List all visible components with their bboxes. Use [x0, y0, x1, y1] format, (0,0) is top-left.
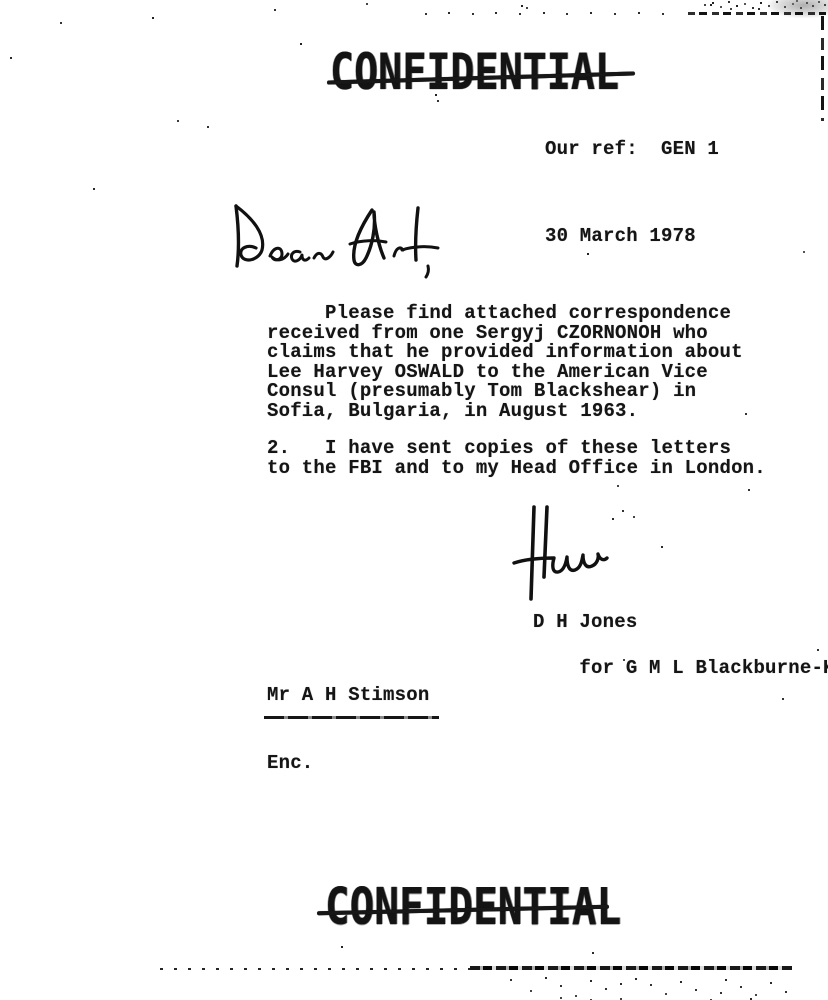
- reference-line: Our ref: GEN 1: [545, 140, 719, 160]
- scan-speckles: [0, 0, 2, 2]
- scan-speckles-bottom: [500, 975, 502, 977]
- scan-noise-top-right: [700, 0, 702, 2]
- date-line: 30 March 1978: [545, 227, 696, 247]
- enclosure-note: Enc.: [267, 754, 313, 774]
- signature-block: D H Jones for G M L Blackburne-Kan: [533, 611, 828, 680]
- signed-for-name: for G M L Blackburne-Kan: [579, 657, 828, 679]
- scan-dash-line-top: [688, 12, 826, 15]
- body-paragraph-2: 2. I have sent copies of these letters t…: [267, 439, 766, 478]
- signed-by-name: D H Jones: [533, 611, 637, 633]
- addressee-name: Mr A H Stimson: [267, 686, 429, 706]
- body-paragraph-1: Please find attached correspondence rece…: [267, 304, 743, 421]
- scan-noise-band-bottom-left: [160, 968, 472, 970]
- addressee-underline: [264, 716, 439, 719]
- scan-smudge-top-right: [768, 0, 828, 18]
- handwritten-salutation: [222, 200, 472, 285]
- scan-edge-line-right: [821, 16, 824, 121]
- handwritten-signature: [510, 503, 620, 605]
- scanned-letter-page: CONFIDENTIAL Our ref: GEN 1 Dear Art, 30…: [0, 0, 828, 1000]
- scan-noise-band-bottom-right: [470, 966, 792, 970]
